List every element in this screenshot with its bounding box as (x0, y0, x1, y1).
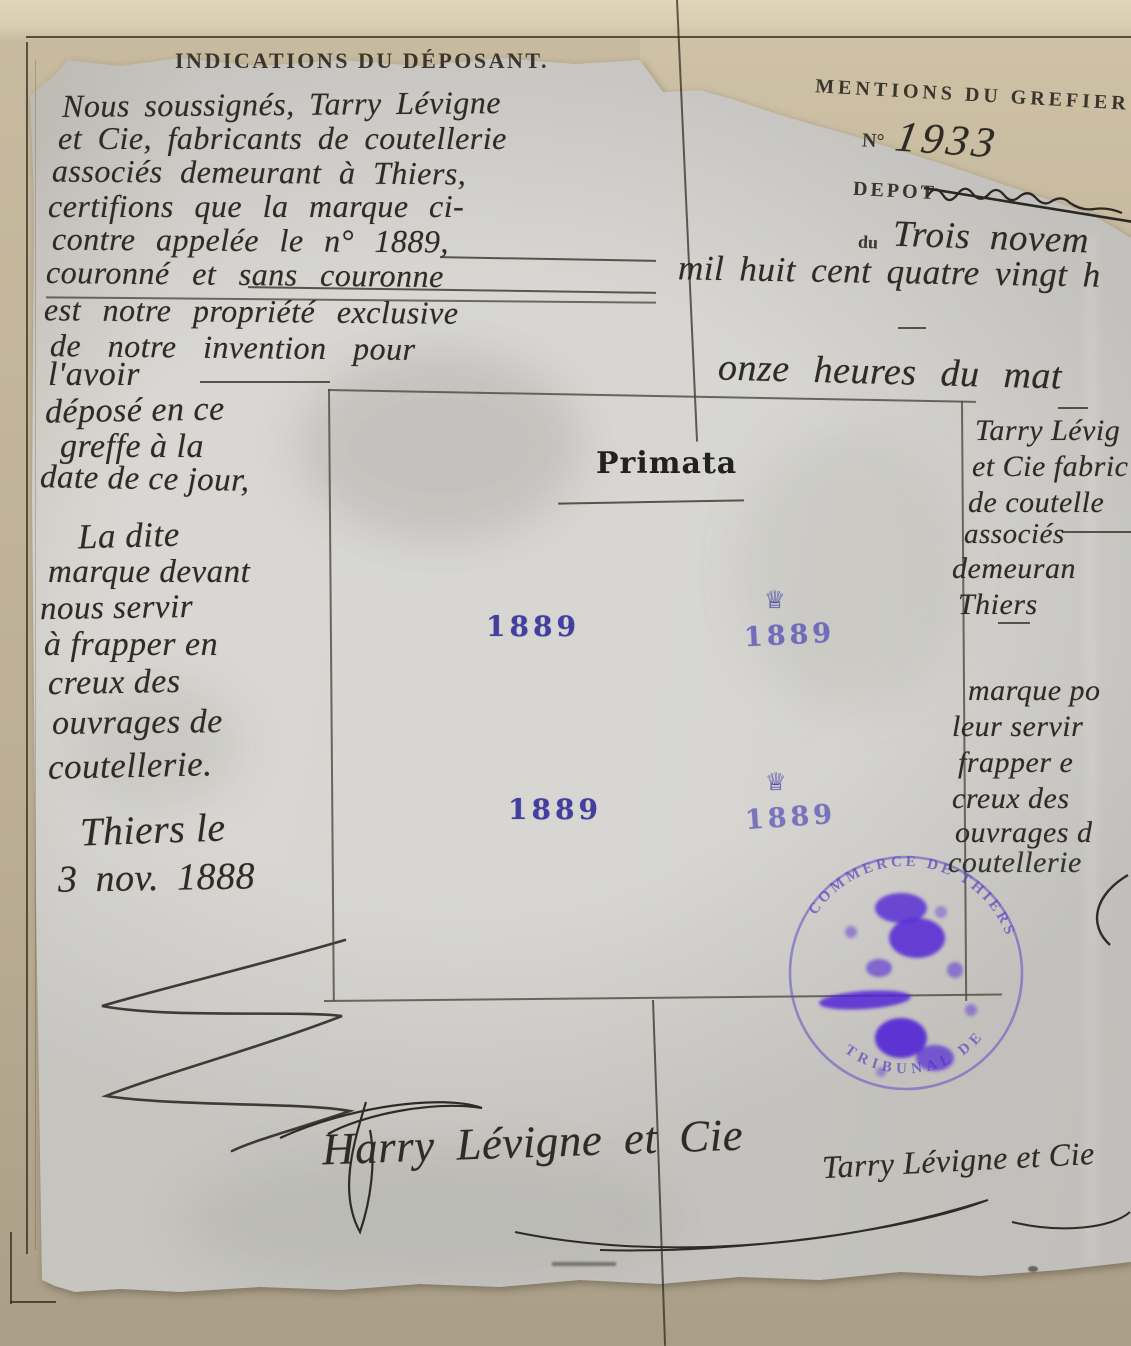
handwritten-line: certifions que la marque ci- (48, 188, 464, 225)
handwritten-line: La dite (77, 515, 180, 558)
handwritten-line: associés demeurant à Thiers, (52, 153, 467, 193)
ledger-photo: INDICATIONS DU DÉPOSANT. Nous soussignés… (0, 0, 1131, 1346)
frame-left-rule-inner (35, 60, 36, 1250)
dash-rule (998, 622, 1030, 624)
margin-line: coutellerie (948, 846, 1082, 880)
handwritten-line: date de ce jour, (40, 459, 250, 500)
margin-line: associés (964, 518, 1065, 551)
margin-line: leur servir (952, 710, 1083, 744)
frame-corner-horizontal (10, 1301, 56, 1303)
margin-line: creux des (952, 782, 1070, 816)
margin-line: de coutelle (968, 486, 1104, 520)
handwritten-line: l'avoir (48, 356, 140, 394)
margin-line: et Cie fabric (972, 450, 1128, 484)
crown-icon: ♕ (765, 768, 787, 796)
handwritten-line: nous servir (40, 589, 194, 628)
margin-flourish (1080, 870, 1131, 960)
margin-line: Tarry Lévig (975, 414, 1120, 448)
specimen-title: Primata (596, 446, 737, 481)
tribunal-seal: COMMERCE DE THIERS TRIBUNAL DE (783, 850, 1029, 1096)
frame-left-rule (26, 42, 28, 1254)
frame-top-rule (26, 36, 1131, 38)
left-panel-header: INDICATIONS DU DÉPOSANT. (175, 48, 549, 74)
mark-stamp-plain: 1889 (508, 793, 602, 826)
handwritten-line: creux des (48, 663, 181, 703)
deposit-date-line: mil huit cent quatre vingt h (678, 248, 1101, 295)
handwritten-line: marque devant (48, 554, 250, 591)
dash-rule (1058, 407, 1088, 409)
handwritten-date: 3 nov. 1888 (58, 854, 256, 901)
margin-line: ouvrages d (955, 816, 1092, 850)
registration-number: 1933 (892, 113, 1002, 169)
handwritten-line: déposé en ce (45, 390, 225, 431)
frame-corner-vertical (10, 1232, 12, 1304)
handwritten-date-place: Thiers le (79, 803, 226, 855)
tear-speck (552, 1262, 616, 1266)
crown-icon: ♕ (764, 586, 786, 614)
margin-line: frapper e (958, 746, 1073, 780)
paper-stain (300, 350, 580, 540)
dash-rule (898, 327, 926, 329)
dash-rule (200, 381, 330, 383)
mark-stamp-crowned: 1889 (744, 799, 837, 836)
dash-rule (1062, 531, 1131, 533)
du-label: du (857, 231, 878, 253)
handwritten-line: et Cie, fabricants de coutellerie (58, 120, 507, 157)
margin-line: Thiers (958, 588, 1038, 622)
tear-speck (1028, 1266, 1038, 1272)
handwritten-line: Nous soussignés, Tarry Lévigne (62, 84, 501, 125)
deposit-time-line: onze heures du mat (717, 346, 1062, 399)
mark-stamp-crowned: 1889 (743, 618, 836, 654)
paper-stain (740, 430, 960, 710)
handwritten-line: coutellerie. (48, 744, 213, 787)
handwritten-line: ouvrages de (52, 703, 223, 743)
mark-stamp-plain: 1889 (486, 610, 580, 643)
margin-line: marque po (968, 674, 1101, 708)
margin-line: demeuran (952, 552, 1076, 586)
number-label: N° (861, 129, 885, 153)
handwritten-line: à frapper en (44, 626, 218, 664)
